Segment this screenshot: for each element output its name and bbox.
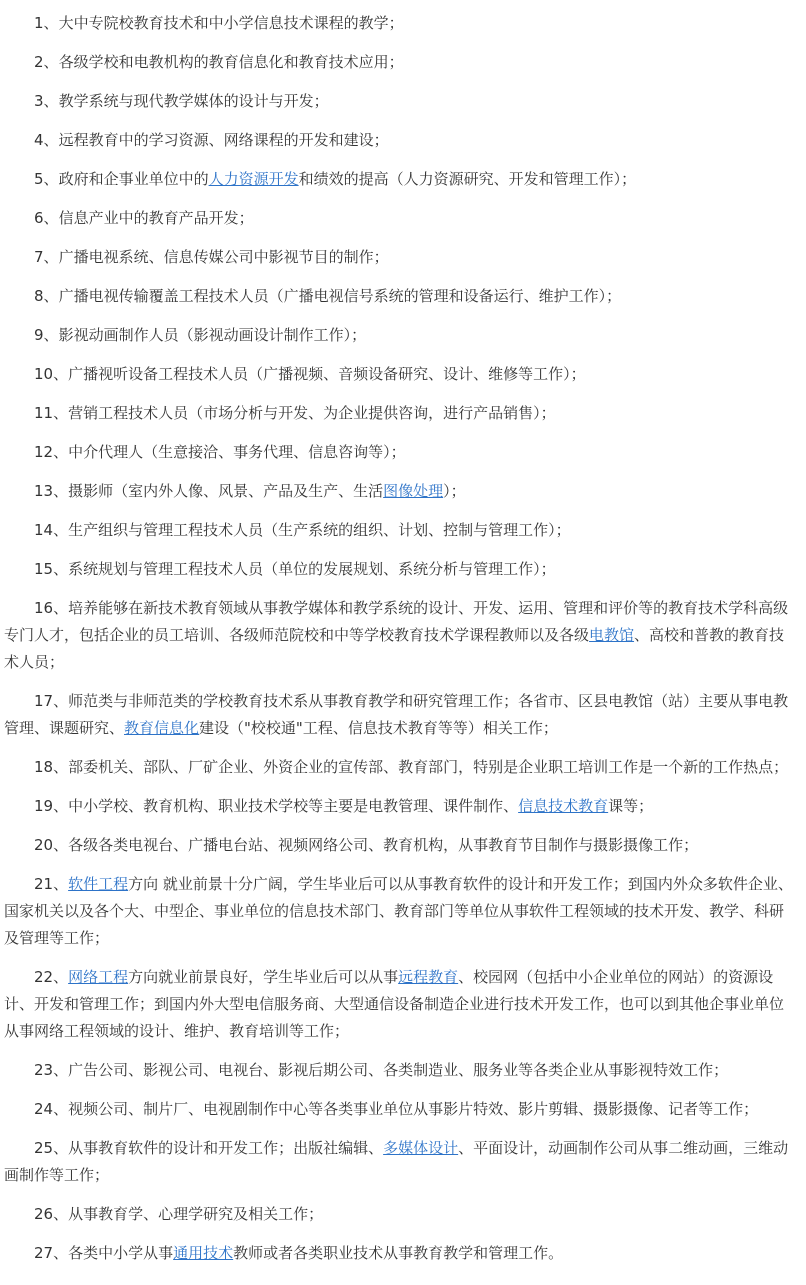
inline-link[interactable]: 图像处理 bbox=[383, 482, 443, 500]
list-item-3: 3、教学系统与现代教学媒体的设计与开发； bbox=[4, 88, 796, 115]
inline-link[interactable]: 电教馆 bbox=[589, 626, 634, 644]
text-segment: 生产组织与管理工程技术人员（生产系统的组织、计划、控制与管理工作）； bbox=[68, 521, 571, 539]
list-item-9: 9、影视动画制作人员（影视动画设计制作工作）； bbox=[4, 322, 796, 349]
list-item-24: 24、视频公司、制片厂、电视剧制作中心等各类事业单位从事影片特效、影片剪辑、摄影… bbox=[4, 1096, 796, 1123]
text-segment: 中小学校、教育机构、职业技术学校等主要是电教管理、课件制作、 bbox=[68, 797, 518, 815]
item-number: 17 bbox=[34, 692, 53, 710]
item-number: 9 bbox=[34, 326, 44, 344]
item-number-separator: 、 bbox=[53, 1061, 68, 1079]
item-number: 14 bbox=[34, 521, 53, 539]
list-item-17: 17、师范类与非师范类的学校教育技术系从事教育教学和研究管理工作；各省市、区县电… bbox=[4, 688, 796, 742]
item-number: 5 bbox=[34, 170, 44, 188]
item-number: 15 bbox=[34, 560, 53, 578]
item-number-separator: 、 bbox=[53, 365, 68, 383]
item-number-separator: 、 bbox=[53, 599, 68, 617]
list-item-20: 20、各级各类电视台、广播电台站、视频网络公司、教育机构，从事教育节目制作与摄影… bbox=[4, 832, 796, 859]
item-number-separator: 、 bbox=[53, 404, 68, 422]
inline-link[interactable]: 信息技术教育 bbox=[518, 797, 608, 815]
list-item-1: 1、大中专院校教育技术和中小学信息技术课程的教学； bbox=[4, 10, 796, 37]
list-item-14: 14、生产组织与管理工程技术人员（生产系统的组织、计划、控制与管理工作）； bbox=[4, 517, 796, 544]
list-item-13: 13、摄影师（室内外人像、风景、产品及生产、生活图像处理）； bbox=[4, 478, 796, 505]
text-segment: 广告公司、影视公司、电视台、影视后期公司、各类制造业、服务业等各类企业从事影视特… bbox=[68, 1061, 728, 1079]
inline-link[interactable]: 网络工程 bbox=[68, 968, 128, 986]
list-item-27: 27、各类中小学从事通用技术教师或者各类职业技术从事教育教学和管理工作。 bbox=[4, 1240, 796, 1267]
list-item-4: 4、远程教育中的学习资源、网络课程的开发和建设； bbox=[4, 127, 796, 154]
list-item-15: 15、系统规划与管理工程技术人员（单位的发展规划、系统分析与管理工作）； bbox=[4, 556, 796, 583]
text-segment: 远程教育中的学习资源、网络课程的开发和建设； bbox=[59, 131, 389, 149]
item-number: 18 bbox=[34, 758, 53, 776]
item-number-separator: 、 bbox=[44, 248, 59, 266]
text-segment: 从事教育软件的设计和开发工作；出版社编辑、 bbox=[68, 1139, 383, 1157]
text-segment: 部委机关、部队、厂矿企业、外资企业的宣传部、教育部门，特别是企业职工培训工作是一… bbox=[68, 758, 788, 776]
item-number-separator: 、 bbox=[44, 92, 59, 110]
text-segment: 视频公司、制片厂、电视剧制作中心等各类事业单位从事影片特效、影片剪辑、摄影摄像、… bbox=[68, 1100, 758, 1118]
item-number-separator: 、 bbox=[44, 53, 59, 71]
text-segment: 影视动画制作人员（影视动画设计制作工作）； bbox=[59, 326, 367, 344]
item-number: 13 bbox=[34, 482, 53, 500]
item-number-separator: 、 bbox=[44, 209, 59, 227]
item-number: 22 bbox=[34, 968, 53, 986]
text-segment: 中介代理人（生意接洽、事务代理、信息咨询等）； bbox=[68, 443, 406, 461]
text-segment: 摄影师（室内外人像、风景、产品及生产、生活 bbox=[68, 482, 383, 500]
item-number-separator: 、 bbox=[53, 1205, 68, 1223]
item-number-separator: 、 bbox=[53, 797, 68, 815]
item-number-separator: 、 bbox=[53, 758, 68, 776]
text-segment: 各级各类电视台、广播电台站、视频网络公司、教育机构，从事教育节目制作与摄影摄像工… bbox=[68, 836, 698, 854]
list-item-22: 22、网络工程方向就业前景良好，学生毕业后可以从事远程教育、校园网（包括中小企业… bbox=[4, 964, 796, 1045]
item-number-separator: 、 bbox=[53, 482, 68, 500]
list-item-16: 16、培养能够在新技术教育领域从事教学媒体和教学系统的设计、开发、运用、管理和评… bbox=[4, 595, 796, 676]
item-number: 21 bbox=[34, 875, 53, 893]
text-segment: 系统规划与管理工程技术人员（单位的发展规划、系统分析与管理工作）； bbox=[68, 560, 556, 578]
item-number-separator: 、 bbox=[53, 875, 68, 893]
list-item-19: 19、中小学校、教育机构、职业技术学校等主要是电教管理、课件制作、信息技术教育课… bbox=[4, 793, 796, 820]
list-item-26: 26、从事教育学、心理学研究及相关工作； bbox=[4, 1201, 796, 1228]
item-number: 4 bbox=[34, 131, 44, 149]
item-number: 23 bbox=[34, 1061, 53, 1079]
item-number: 20 bbox=[34, 836, 53, 854]
item-number: 27 bbox=[34, 1244, 53, 1262]
item-number-separator: 、 bbox=[53, 521, 68, 539]
text-segment: 教师或者各类职业技术从事教育教学和管理工作。 bbox=[233, 1244, 563, 1262]
text-segment: 建设（"校校通"工程、信息技术教育等等）相关工作； bbox=[199, 719, 558, 737]
item-number-separator: 、 bbox=[44, 170, 59, 188]
list-item-2: 2、各级学校和电教机构的教育信息化和教育技术应用； bbox=[4, 49, 796, 76]
item-number-separator: 、 bbox=[44, 326, 59, 344]
list-item-23: 23、广告公司、影视公司、电视台、影视后期公司、各类制造业、服务业等各类企业从事… bbox=[4, 1057, 796, 1084]
item-number: 7 bbox=[34, 248, 44, 266]
item-number: 24 bbox=[34, 1100, 53, 1118]
item-number-separator: 、 bbox=[53, 1139, 68, 1157]
item-number: 25 bbox=[34, 1139, 53, 1157]
list-item-10: 10、广播视听设备工程技术人员（广播视频、音频设备研究、设计、维修等工作）； bbox=[4, 361, 796, 388]
item-number: 12 bbox=[34, 443, 53, 461]
item-number: 10 bbox=[34, 365, 53, 383]
inline-link[interactable]: 远程教育 bbox=[398, 968, 458, 986]
inline-link[interactable]: 多媒体设计 bbox=[383, 1139, 458, 1157]
list-item-6: 6、信息产业中的教育产品开发； bbox=[4, 205, 796, 232]
list-item-25: 25、从事教育软件的设计和开发工作；出版社编辑、多媒体设计、平面设计，动画制作公… bbox=[4, 1135, 796, 1189]
text-segment: 大中专院校教育技术和中小学信息技术课程的教学； bbox=[59, 14, 404, 32]
text-segment: 从事教育学、心理学研究及相关工作； bbox=[68, 1205, 323, 1223]
list-item-8: 8、广播电视传输覆盖工程技术人员（广播电视信号系统的管理和设备运行、维护工作）； bbox=[4, 283, 796, 310]
text-segment: 各级学校和电教机构的教育信息化和教育技术应用； bbox=[59, 53, 404, 71]
inline-link[interactable]: 软件工程 bbox=[68, 875, 128, 893]
list-item-12: 12、中介代理人（生意接洽、事务代理、信息咨询等）； bbox=[4, 439, 796, 466]
document-body: 1、大中专院校教育技术和中小学信息技术课程的教学；2、各级学校和电教机构的教育信… bbox=[0, 0, 806, 1285]
text-segment: 课等； bbox=[608, 797, 653, 815]
list-item-21: 21、软件工程方向 就业前景十分广阔，学生毕业后可以从事教育软件的设计和开发工作… bbox=[4, 871, 796, 952]
inline-link[interactable]: 人力资源开发 bbox=[209, 170, 299, 188]
item-number-separator: 、 bbox=[53, 692, 68, 710]
item-number-separator: 、 bbox=[44, 14, 59, 32]
list-item-5: 5、政府和企事业单位中的人力资源开发和绩效的提高（人力资源研究、开发和管理工作）… bbox=[4, 166, 796, 193]
item-number: 26 bbox=[34, 1205, 53, 1223]
item-number: 1 bbox=[34, 14, 44, 32]
text-segment: 信息产业中的教育产品开发； bbox=[59, 209, 254, 227]
item-number-separator: 、 bbox=[53, 1100, 68, 1118]
list-item-7: 7、广播电视系统、信息传媒公司中影视节目的制作； bbox=[4, 244, 796, 271]
text-segment: 方向就业前景良好，学生毕业后可以从事 bbox=[128, 968, 398, 986]
text-segment: 教学系统与现代教学媒体的设计与开发； bbox=[59, 92, 329, 110]
text-segment: 各类中小学从事 bbox=[68, 1244, 173, 1262]
text-segment: 营销工程技术人员（市场分析与开发、为企业提供咨询，进行产品销售）； bbox=[68, 404, 556, 422]
text-segment: ）； bbox=[443, 482, 466, 500]
list-item-11: 11、营销工程技术人员（市场分析与开发、为企业提供咨询，进行产品销售）； bbox=[4, 400, 796, 427]
text-segment: 和绩效的提高（人力资源研究、开发和管理工作）； bbox=[299, 170, 637, 188]
item-number: 2 bbox=[34, 53, 44, 71]
text-segment: 广播电视系统、信息传媒公司中影视节目的制作； bbox=[59, 248, 389, 266]
item-number: 6 bbox=[34, 209, 44, 227]
item-number-separator: 、 bbox=[53, 560, 68, 578]
text-segment: 政府和企事业单位中的 bbox=[59, 170, 209, 188]
item-number-separator: 、 bbox=[53, 836, 68, 854]
item-number-separator: 、 bbox=[44, 287, 59, 305]
list-item-18: 18、部委机关、部队、厂矿企业、外资企业的宣传部、教育部门，特别是企业职工培训工… bbox=[4, 754, 796, 781]
item-number: 19 bbox=[34, 797, 53, 815]
item-number-separator: 、 bbox=[53, 443, 68, 461]
item-number: 16 bbox=[34, 599, 53, 617]
inline-link[interactable]: 教育信息化 bbox=[124, 719, 199, 737]
text-segment: 广播视听设备工程技术人员（广播视频、音频设备研究、设计、维修等工作）； bbox=[68, 365, 586, 383]
item-number-separator: 、 bbox=[44, 131, 59, 149]
item-number-separator: 、 bbox=[53, 1244, 68, 1262]
item-number: 8 bbox=[34, 287, 44, 305]
item-number-separator: 、 bbox=[53, 968, 68, 986]
text-segment: 广播电视传输覆盖工程技术人员（广播电视信号系统的管理和设备运行、维护工作）； bbox=[59, 287, 622, 305]
inline-link[interactable]: 通用技术 bbox=[173, 1244, 233, 1262]
item-number: 3 bbox=[34, 92, 44, 110]
item-number: 11 bbox=[34, 404, 53, 422]
